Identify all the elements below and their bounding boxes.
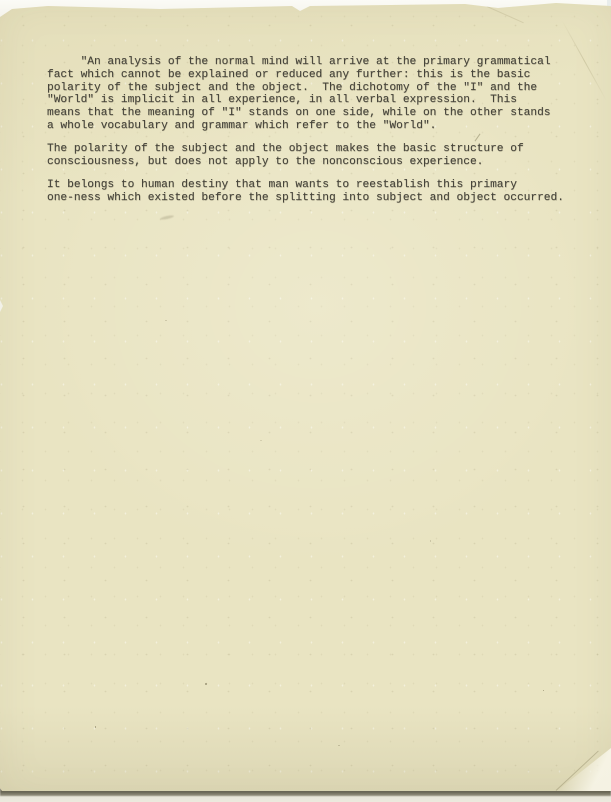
typewritten-paragraph-3: It belongs to human destiny that man wan… [47,179,572,205]
paper-speck [338,745,340,746]
paper-sheet: "An analysis of the normal mind will arr… [0,0,611,802]
paper-smudge [160,215,174,221]
paper-speck [165,320,167,321]
typewritten-paragraph-2: The polarity of the subject and the obje… [47,143,572,169]
paper-crease-top-right-2 [487,6,524,23]
typewritten-text-block: "An analysis of the normal mind will arr… [47,56,572,215]
paper-speck [543,690,544,691]
typewritten-paragraph-1: "An analysis of the normal mind will arr… [47,56,572,133]
paper-speck [95,726,96,728]
paper-speck [430,540,431,542]
paper-speck [205,683,207,685]
paper-speck [260,440,262,441]
